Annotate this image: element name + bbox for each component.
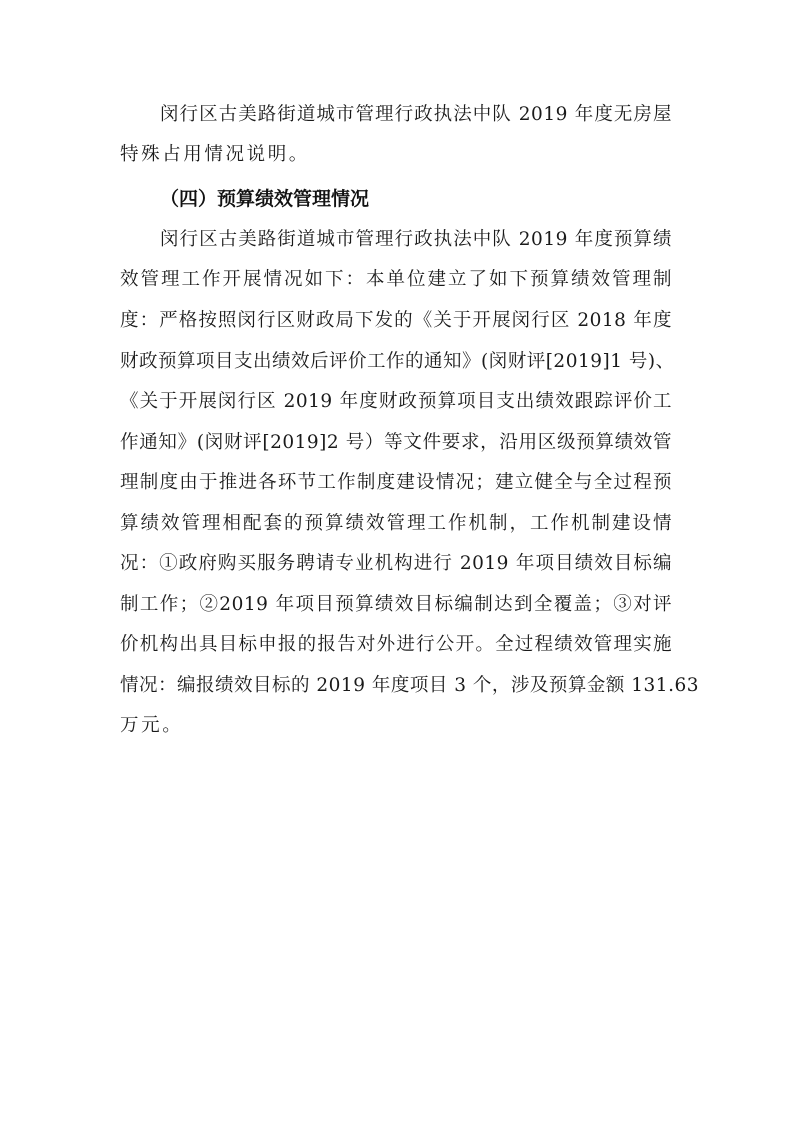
paragraph-housing-line-1: 闵行区古美路街道城市管理行政执法中队 2019 年度无房屋: [160, 100, 672, 130]
paragraph-performance-line-12: 情况：编报绩效目标的 2019 年度项目 3 个，涉及预算金额 131.63: [120, 671, 672, 701]
paragraph-performance-line-1: 闵行区古美路街道城市管理行政执法中队 2019 年度预算绩: [160, 225, 672, 255]
paragraph-performance-line-6: 作通知》(闵财评[2019]2 号）等文件要求，沿用区级预算绩效管: [120, 428, 672, 458]
section-heading: （四）预算绩效管理情况: [160, 184, 369, 214]
paragraph-performance-line-7: 理制度由于推进各环节工作制度建设情况；建立健全与全过程预: [120, 468, 672, 498]
paragraph-performance-line-13: 万元。: [120, 711, 672, 741]
paragraph-housing-line-2: 特殊占用情况说明。: [120, 140, 672, 170]
paragraph-performance-line-11: 价机构出具目标申报的报告对外进行公开。全过程绩效管理实施: [120, 630, 672, 660]
paragraph-performance-line-10: 制工作；②2019 年项目预算绩效目标编制达到全覆盖；③对评: [120, 590, 672, 620]
paragraph-performance-line-5: 《关于开展闵行区 2019 年度财政预算项目支出绩效跟踪评价工: [120, 387, 672, 417]
paragraph-performance-line-4: 财政预算项目支出绩效后评价工作的通知》(闵财评[2019]1 号)、: [120, 347, 672, 377]
document-page: 闵行区古美路街道城市管理行政执法中队 2019 年度无房屋 特殊占用情况说明。 …: [0, 0, 793, 1122]
paragraph-performance-line-9: 况：①政府购买服务聘请专业机构进行 2019 年项目绩效目标编: [120, 549, 672, 579]
paragraph-performance-line-2: 效管理工作开展情况如下：本单位建立了如下预算绩效管理制: [120, 265, 672, 295]
paragraph-performance-line-8: 算绩效管理相配套的预算绩效管理工作机制，工作机制建设情: [120, 509, 672, 539]
paragraph-performance-line-3: 度：严格按照闵行区财政局下发的《关于开展闵行区 2018 年度: [120, 306, 672, 336]
